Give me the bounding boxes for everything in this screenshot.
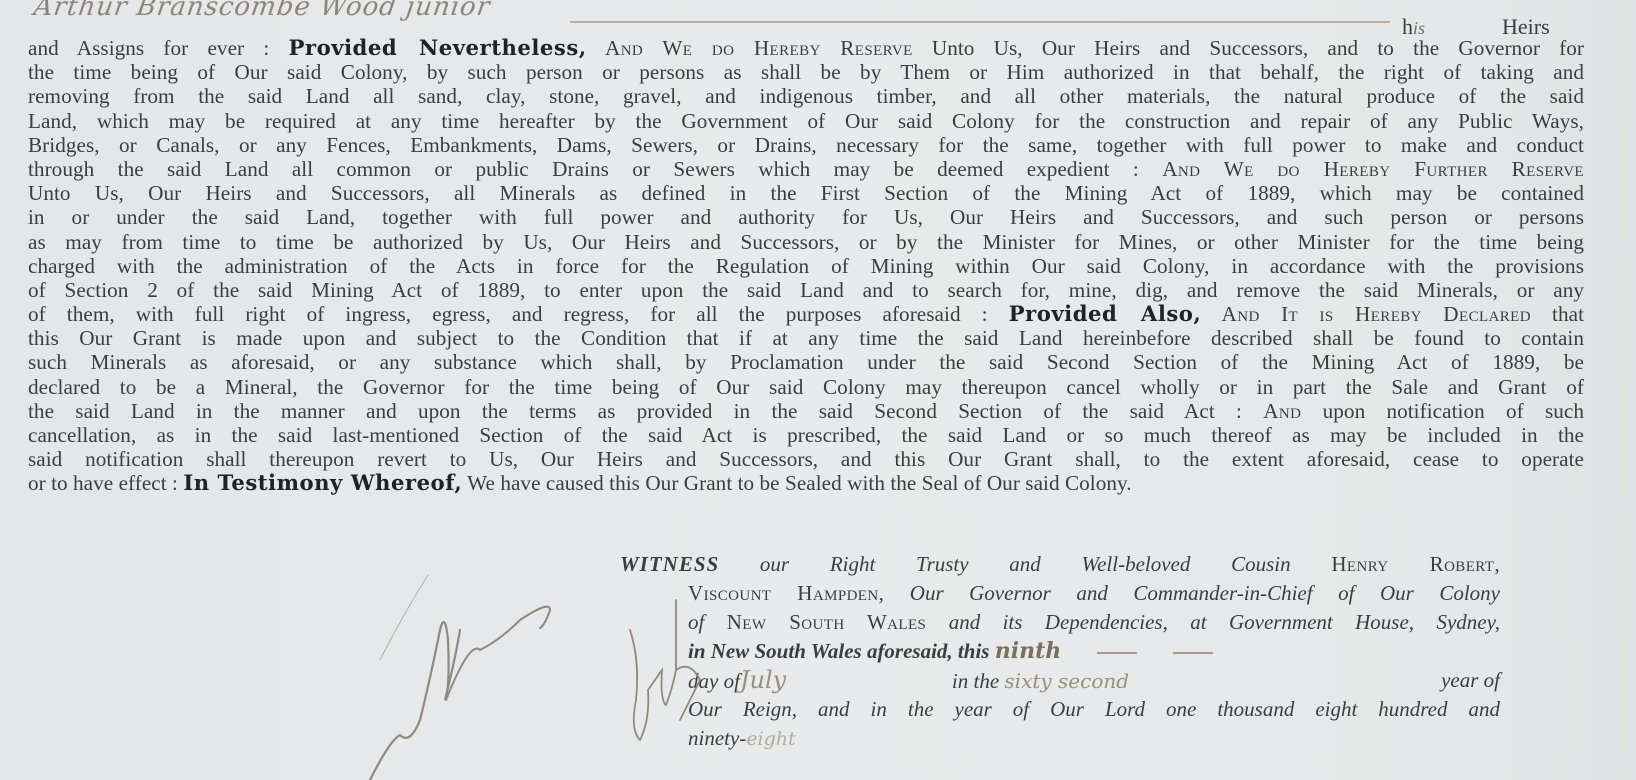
body-text-segment: of Section 2 of the said Mining Act of 1… (28, 278, 1584, 302)
pronoun-handwritten: is (1413, 18, 1425, 38)
witness-heading: WITNESS (620, 552, 719, 576)
body-line: of Section 2 of the said Mining Act of 1… (28, 278, 1584, 302)
witness-line-3: of New South Wales and its Dependencies,… (620, 608, 1500, 637)
grantee-fill-line (570, 21, 1390, 23)
body-line: the said Land in the manner and upon the… (28, 399, 1584, 423)
body-line: through the said Land all common or publ… (28, 157, 1584, 181)
body-text-segment: or to have effect : (28, 471, 183, 495)
smallcaps-clause: And We do Hereby Reserve (587, 36, 913, 60)
smallcaps-clause: And It is Hereby Declared (1201, 302, 1531, 326)
body-text-segment: Land, which may be required at any time … (28, 109, 1584, 133)
date-dash-1 (1097, 652, 1137, 654)
witness-line-1: WITNESS our Right Trusty and Well-belove… (620, 550, 1500, 579)
ninety-prefix: ninety- (688, 726, 746, 750)
body-text-segment: charged with the administration of the A… (28, 254, 1584, 278)
month-handwritten: July (740, 666, 940, 695)
body-line: Bridges, or Canals, or any Fences, Emban… (28, 133, 1584, 157)
body-text-segment: Unto Us, Our Heirs and Successors, all M… (28, 181, 1584, 205)
blackletter-clause-heading: In Testimony Whereof, (183, 470, 462, 495)
body-line: as may from time to time be authorized b… (28, 230, 1584, 254)
witness-text-1: our Right Trusty and Well-beloved Cousin (719, 552, 1331, 576)
year-handwritten: eight (746, 728, 795, 750)
body-text-segment: We have caused this Our Grant to be Seal… (462, 471, 1131, 495)
day-handwritten: ninth (995, 638, 1062, 664)
blackletter-clause-heading: Provided Nevertheless, (288, 35, 586, 60)
witness-block: WITNESS our Right Trusty and Well-belove… (620, 550, 1500, 753)
colony-name: New South Wales (727, 610, 927, 634)
body-text-segment: declared to be a Mineral, the Governor f… (28, 375, 1584, 399)
body-text-segment: that (1531, 302, 1584, 326)
body-text-segment: of them, with full right of ingress, egr… (28, 302, 1009, 326)
reign-year-handwritten: sixty second (1004, 667, 1234, 696)
document-page: Arthur Branscombe Wood junior his Heirs … (0, 0, 1636, 780)
body-line: said notification shall thereupon revert… (28, 447, 1584, 471)
body-line: declared to be a Mineral, the Governor f… (28, 375, 1584, 399)
body-line: cancellation, as in the said last-mentio… (28, 423, 1584, 447)
witness-line-6: Our Reign, and in the year of Our Lord o… (620, 695, 1500, 724)
body-line: and Assigns for ever : Provided Neverthe… (28, 36, 1584, 60)
body-text-segment: such Minerals as aforesaid, or any subst… (28, 350, 1584, 374)
grantee-name-handwritten: Arthur Branscombe Wood junior (32, 0, 492, 22)
witness-text-4: in New South Wales aforesaid, this (688, 639, 995, 663)
body-line: or to have effect : In Testimony Whereof… (28, 471, 1584, 495)
witness-line-2: Viscount Hampden, Our Governor and Comma… (620, 579, 1500, 608)
body-text-segment: upon notification of such (1301, 399, 1584, 423)
body-text-segment: the said Land in the manner and upon the… (28, 399, 1263, 423)
date-dash-2 (1173, 652, 1213, 654)
in-the-label: in the (952, 669, 1005, 693)
witness-of: of (688, 610, 727, 634)
witness-line-4: in New South Wales aforesaid, this ninth (620, 637, 1500, 666)
body-text-segment: Unto Us, Our Heirs and Successors, and t… (913, 36, 1584, 60)
grant-body-text: and Assigns for ever : Provided Neverthe… (28, 36, 1584, 496)
body-text-segment: removing from the said Land all sand, cl… (28, 84, 1584, 108)
body-text-segment: this Our Grant is made upon and subject … (28, 326, 1584, 350)
smallcaps-clause: And (1263, 399, 1301, 423)
body-text-segment: through the said Land all common or publ… (28, 157, 1162, 181)
left-signature-mark (370, 575, 550, 780)
body-text-segment: said notification shall thereupon revert… (28, 447, 1584, 471)
body-text-segment: as may from time to time be authorized b… (28, 230, 1584, 254)
blackletter-clause-heading: Provided Also, (1009, 301, 1202, 326)
body-line: of them, with full right of ingress, egr… (28, 302, 1584, 326)
day-of-label: day of (688, 669, 740, 693)
body-text-segment: cancellation, as in the said last-mentio… (28, 423, 1584, 447)
body-line: in or under the said Land, together with… (28, 205, 1584, 229)
body-text-segment: Bridges, or Canals, or any Fences, Emban… (28, 133, 1584, 157)
body-line: the time being of Our said Colony, by su… (28, 60, 1584, 84)
body-line: such Minerals as aforesaid, or any subst… (28, 350, 1584, 374)
body-text-segment: and Assigns for ever : (28, 36, 288, 60)
governor-name: Henry Robert, (1331, 552, 1500, 576)
body-text-segment: the time being of Our said Colony, by su… (28, 60, 1584, 84)
body-line: Unto Us, Our Heirs and Successors, all M… (28, 181, 1584, 205)
body-line: removing from the said Land all sand, cl… (28, 84, 1584, 108)
body-line: this Our Grant is made upon and subject … (28, 326, 1584, 350)
body-line: Land, which may be required at any time … (28, 109, 1584, 133)
body-text-segment: in or under the said Land, together with… (28, 205, 1584, 229)
witness-line-5: day ofJulyin the sixty secondyear of (620, 666, 1500, 695)
witness-line-7: ninety-eight (620, 724, 1500, 753)
governor-title: Viscount Hampden, (688, 581, 884, 605)
witness-text-6: Our Reign, and in the year of Our Lord o… (688, 697, 1500, 721)
grantee-header: Arthur Branscombe Wood junior his Heirs (0, 0, 1636, 22)
year-of-label: year of (1441, 666, 1500, 695)
witness-text-3: and its Dependencies, at Government Hous… (926, 610, 1500, 634)
smallcaps-clause: And We do Hereby Further Reserve (1162, 157, 1584, 181)
body-line: charged with the administration of the A… (28, 254, 1584, 278)
witness-text-2: Our Governor and Commander-in-Chief of O… (884, 581, 1500, 605)
